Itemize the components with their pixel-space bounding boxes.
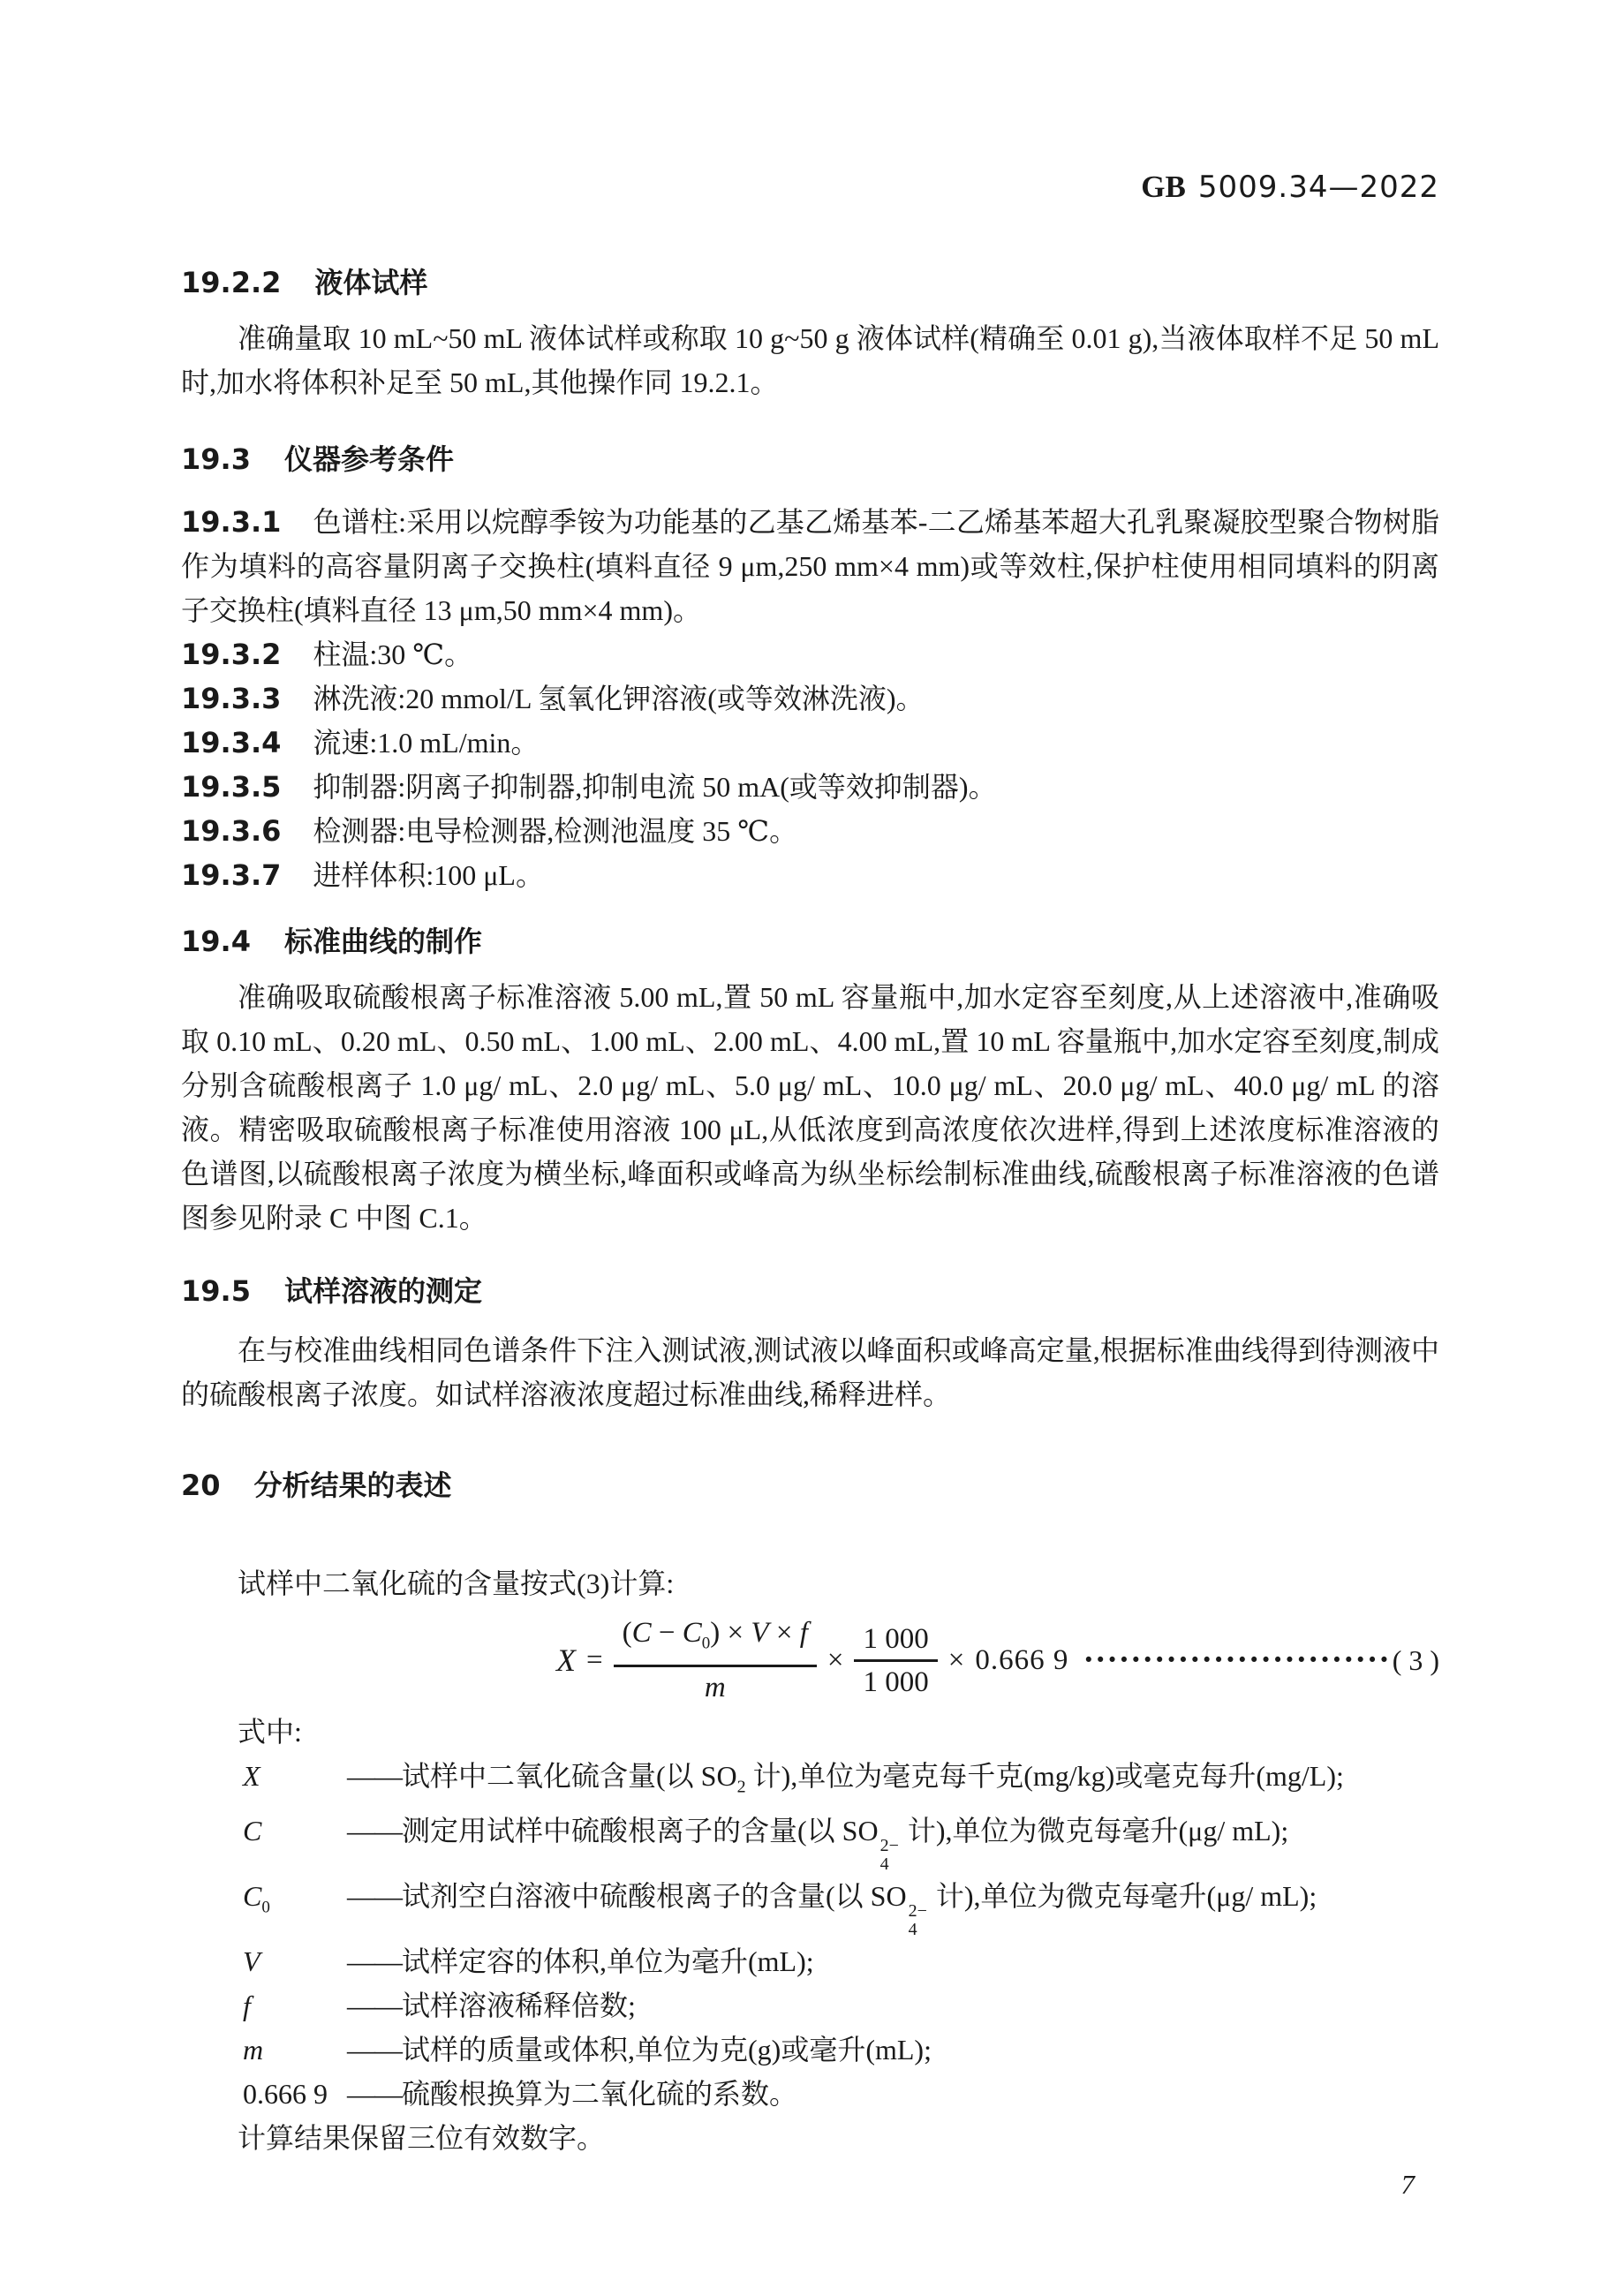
section-heading-19-3: 19.3仪器参考条件 — [181, 440, 1439, 479]
definition-row-v: V —— 试样定容的体积,单位为毫升(mL); — [181, 1939, 1439, 1983]
definition-description: 试样中二氧化硫含量(以 SO2 计),单位为毫克每千克(mg/kg)或毫克每升(… — [402, 1754, 1439, 1809]
chem-so2: 2 — [737, 1760, 746, 1792]
var-c: C — [632, 1617, 652, 1649]
clause-text: 进样体积:100 μL。 — [313, 859, 544, 891]
definition-dash: —— — [347, 1939, 402, 1983]
desc-text: 计),单位为微克每毫升(μg/ mL); — [929, 1880, 1317, 1912]
paragraph-19-2-2: 准确量取 10 mL~50 mL 液体试样或称取 10 g~50 g 液体试样(… — [181, 316, 1439, 404]
clause-19-3-4: 19.3.4流速:1.0 mL/min。 — [181, 721, 1439, 765]
section-title: 仪器参考条件 — [284, 442, 454, 476]
coefficient: 0.666 9 — [975, 1644, 1068, 1677]
var-c0: C — [683, 1617, 702, 1649]
definition-description: 试剂空白溶液中硫酸根离子的含量(以 SO2−4 计),单位为微克每毫升(μg/ … — [402, 1874, 1439, 1939]
symbol-subscript: 0 — [261, 1899, 270, 1917]
desc-text: 试样中二氧化硫含量(以 SO — [402, 1760, 737, 1792]
section-heading-19-2-2: 19.2.2液体试样 — [181, 263, 1439, 302]
clause-number: 19.3.7 — [181, 858, 281, 892]
definition-symbol: f — [243, 1983, 347, 2028]
clause-19-3-2: 19.3.2柱温:30 ℃。 — [181, 632, 1439, 676]
chem-subscript: 2 — [737, 1777, 746, 1796]
equation-number: ( 3 ) — [1393, 1644, 1439, 1677]
clause-text: 柱温:30 ℃。 — [313, 638, 472, 670]
definition-dash: —— — [347, 1983, 402, 2028]
definition-dash: —— — [347, 1809, 402, 1874]
document-page: GB5009.34—2022 19.2.2液体试样 准确量取 10 mL~50 … — [0, 0, 1623, 2296]
definition-symbol: C — [243, 1809, 347, 1874]
section-title: 标准曲线的制作 — [284, 925, 482, 958]
var-m: m — [705, 1672, 726, 1703]
clause-19-3-7: 19.3.7进样体积:100 μL。 — [181, 853, 1439, 897]
clause-number: 19.3.2 — [181, 638, 281, 671]
clause-19-3-5: 19.3.5抑制器:阴离子抑制器,抑制电流 50 mA(或等效抑制器)。 — [181, 765, 1439, 809]
definition-description: 测定用试样中硫酸根离子的含量(以 SO2−4 计),单位为微克每毫升(μg/ m… — [402, 1809, 1439, 1874]
definition-row-m: m —— 试样的质量或体积,单位为克(g)或毫升(mL); — [181, 2028, 1439, 2072]
symbol-m: m — [243, 2034, 263, 2066]
definition-row-x: X —— 试样中二氧化硫含量(以 SO2 计),单位为毫克每千克(mg/kg)或… — [181, 1754, 1439, 1809]
times-sign: × — [948, 1644, 965, 1677]
var-f: f — [800, 1617, 808, 1649]
var-c0-subscript: 0 — [702, 1635, 711, 1653]
chem-so4: 2−4 — [880, 1837, 899, 1874]
leader-dots: •••••••••••••••••••••••••• — [1068, 1650, 1392, 1671]
section-number: 19.2.2 — [181, 266, 281, 299]
chem-subscript: 4 — [909, 1921, 917, 1939]
symbol-f: f — [243, 1990, 251, 2021]
paragraph-19-4: 准确吸取硫酸根离子标准溶液 5.00 mL,置 50 mL 容量瓶中,加水定容至… — [181, 975, 1439, 1240]
var-v: V — [751, 1617, 768, 1649]
section-title: 分析结果的表述 — [254, 1469, 452, 1502]
definition-dash: —— — [347, 1874, 402, 1939]
definition-description: 试样定容的体积,单位为毫升(mL); — [402, 1939, 1439, 1983]
symbol-coefficient: 0.666 9 — [243, 2078, 328, 2110]
clause-text: 淋洗液:20 mmol/L 氢氧化钾溶液(或等效淋洗液)。 — [313, 683, 924, 714]
section-number: 20 — [181, 1469, 221, 1502]
section-number: 19.5 — [181, 1274, 251, 1308]
clause-number: 19.3.1 — [181, 505, 281, 539]
symbol-c0: C — [243, 1880, 261, 1912]
section-title: 液体试样 — [314, 266, 427, 299]
definition-row-coefficient: 0.666 9 —— 硫酸根换算为二氧化硫的系数。 — [181, 2072, 1439, 2116]
definition-symbol: X — [243, 1754, 347, 1809]
definition-symbol: V — [243, 1939, 347, 1983]
definition-dash: —— — [347, 1754, 402, 1809]
section-number: 19.4 — [181, 925, 251, 958]
definition-symbol: C0 — [243, 1874, 347, 1939]
paren: ( — [623, 1617, 632, 1649]
definition-description: 试样的质量或体积,单位为克(g)或毫升(mL); — [402, 2028, 1439, 2072]
fraction-denominator: m — [705, 1667, 726, 1706]
clause-19-3-3: 19.3.3淋洗液:20 mmol/L 氢氧化钾溶液(或等效淋洗液)。 — [181, 676, 1439, 721]
fraction-thousand: 1 000 1 000 — [854, 1620, 937, 1701]
paragraph-19-5: 在与校准曲线相同色谱条件下注入测试液,测试液以峰面积或峰高定量,根据标准曲线得到… — [181, 1328, 1439, 1416]
equals-sign: = — [586, 1644, 603, 1677]
chem-superscript: 2− — [909, 1902, 927, 1921]
definition-description: 试样溶液稀释倍数; — [402, 1983, 1439, 2028]
page-number: 7 — [181, 2167, 1439, 2202]
standard-prefix: GB — [1141, 170, 1186, 204]
fraction-numerator: (C − C0) × V × f — [614, 1614, 817, 1667]
section-heading-20: 20分析结果的表述 — [181, 1466, 1439, 1505]
section-number: 19.3 — [181, 442, 251, 476]
section-title: 试样溶液的测定 — [284, 1274, 482, 1308]
equation-3: X = (C − C0) × V × f m × 1 000 1 000 × 0… — [181, 1614, 1439, 1706]
clause-number: 19.3.3 — [181, 682, 281, 715]
clause-text: 流速:1.0 mL/min。 — [313, 727, 539, 759]
definition-symbol: 0.666 9 — [243, 2072, 347, 2116]
standard-code-header: GB5009.34—2022 — [181, 168, 1439, 207]
clause-19-3-1: 19.3.1色谱柱:采用以烷醇季铵为功能基的乙基乙烯基苯-二乙烯基苯超大孔乳聚凝… — [181, 500, 1439, 632]
times-sign: × — [827, 1644, 844, 1677]
where-label: 式中: — [181, 1710, 1439, 1754]
definition-symbol: m — [243, 2028, 347, 2072]
definition-dash: —— — [347, 2072, 402, 2116]
clause-number: 19.3.4 — [181, 726, 281, 759]
definitions-list: X —— 试样中二氧化硫含量(以 SO2 计),单位为毫克每千克(mg/kg)或… — [181, 1754, 1439, 2116]
times-sign: ) × — [710, 1617, 751, 1649]
symbol-x: X — [243, 1760, 260, 1792]
definition-row-f: f —— 试样溶液稀释倍数; — [181, 1983, 1439, 2028]
fraction-numerator: 1 000 — [854, 1620, 937, 1662]
section-heading-19-4: 19.4标准曲线的制作 — [181, 922, 1439, 961]
clause-text: 检测器:电导检测器,检测池温度 35 ℃。 — [313, 815, 797, 847]
chem-superscript: 2− — [880, 1837, 899, 1855]
fraction-denominator: 1 000 — [863, 1662, 928, 1701]
formula-intro: 试样中二氧化硫的含量按式(3)计算: — [181, 1561, 1439, 1605]
chem-so4: 2−4 — [909, 1902, 927, 1939]
section-heading-19-5: 19.5试样溶液的测定 — [181, 1272, 1439, 1310]
minus-sign: − — [652, 1617, 683, 1649]
fraction-main: (C − C0) × V × f m — [614, 1614, 817, 1706]
definition-row-c: C —— 测定用试样中硫酸根离子的含量(以 SO2−4 计),单位为微克每毫升(… — [181, 1809, 1439, 1874]
result-note: 计算结果保留三位有效数字。 — [181, 2116, 1439, 2160]
clause-19-3-6: 19.3.6检测器:电导检测器,检测池温度 35 ℃。 — [181, 809, 1439, 853]
desc-text: 测定用试样中硫酸根离子的含量(以 SO — [402, 1815, 879, 1847]
chem-subscript: 4 — [880, 1855, 889, 1874]
clause-text: 色谱柱:采用以烷醇季铵为功能基的乙基乙烯基苯-二乙烯基苯超大孔乳聚凝胶型聚合物树… — [181, 506, 1439, 626]
definition-dash: —— — [347, 2028, 402, 2072]
clause-text: 抑制器:阴离子抑制器,抑制电流 50 mA(或等效抑制器)。 — [313, 771, 996, 803]
equation-lhs: X — [556, 1642, 576, 1679]
clause-number: 19.3.6 — [181, 814, 281, 848]
definition-description: 硫酸根换算为二氧化硫的系数。 — [402, 2072, 1439, 2116]
symbol-v: V — [243, 1945, 260, 1977]
desc-text: 计),单位为微克每毫升(μg/ mL); — [901, 1815, 1288, 1847]
equation-body: X = (C − C0) × V × f m × 1 000 1 000 × 0… — [556, 1614, 1068, 1706]
clause-list-19-3: 19.3.1色谱柱:采用以烷醇季铵为功能基的乙基乙烯基苯-二乙烯基苯超大孔乳聚凝… — [181, 500, 1439, 897]
clause-number: 19.3.5 — [181, 770, 281, 804]
definition-row-c0: C0 —— 试剂空白溶液中硫酸根离子的含量(以 SO2−4 计),单位为微克每毫… — [181, 1874, 1439, 1939]
desc-text: 试剂空白溶液中硫酸根离子的含量(以 SO — [402, 1880, 907, 1912]
symbol-c: C — [243, 1815, 261, 1847]
desc-text: 计),单位为毫克每千克(mg/kg)或毫克每升(mg/L); — [746, 1760, 1344, 1792]
standard-number: 5009.34—2022 — [1198, 170, 1439, 205]
times-sign: × — [769, 1617, 800, 1649]
